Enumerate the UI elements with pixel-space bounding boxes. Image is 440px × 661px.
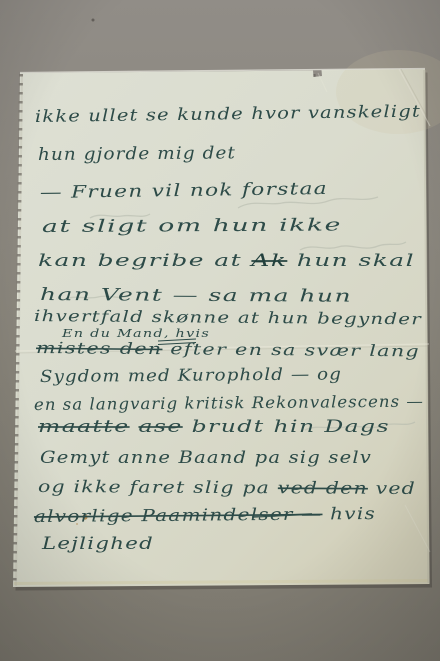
letter-photo: ikke ullet se kunde hvor vanskeligt hun … <box>0 0 440 661</box>
photograph-stage: ikke ullet se kunde hvor vanskeligt hun … <box>0 0 440 661</box>
vignette-overlay <box>0 0 440 661</box>
